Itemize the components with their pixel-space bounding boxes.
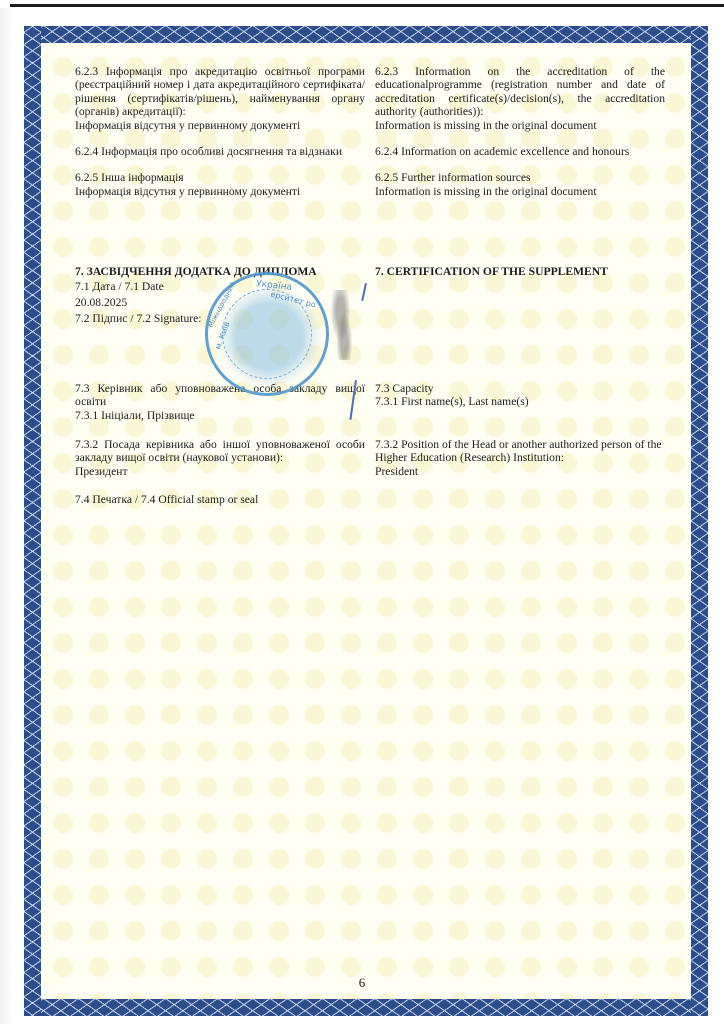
name-label-uk: 7.3.1 Ініціали, Прізвище [75,409,195,422]
capacity-label-en: 7.3 Capacity [375,382,434,395]
s625-heading-uk: 6.2.5 Інша інформація [75,171,365,184]
border-top [24,26,708,43]
position-value-en: President [375,465,418,478]
date-label: 7.1 Дата / 7.1 Date [75,280,164,293]
position-label-uk: 7.3.2 Посада керівника або іншої уповнов… [75,438,365,465]
s625-value-en: Information is missing in the original d… [375,185,665,198]
s625-heading-en: 6.2.5 Further information sources [375,171,665,184]
position-value-uk: Президент [75,465,128,478]
section-7-title-uk: 7. ЗАСВІДЧЕННЯ ДОДАТКА ДО ДИПЛОМА [75,265,375,278]
stamp-label: 7.4 Печатка / 7.4 Official stamp or seal [75,493,258,506]
s623-value-uk: Інформація відсутня у первинному докумен… [75,119,365,132]
date-value: 20.08.2025 [75,296,127,309]
section-7-title-en: 7. CERTIFICATION OF THE SUPPLEMENT [375,265,675,278]
scan-top-edge [10,4,724,7]
border-left [24,26,41,1016]
s625-value-uk: Інформація відсутня у первинному докумен… [75,185,365,198]
page-number: 6 [0,975,724,991]
signature-label: 7.2 Підпис / 7.2 Signature: [75,312,202,325]
capacity-label-uk: 7.3 Керівник або уповноважена особа закл… [75,382,365,409]
signature-blur [330,290,356,360]
official-stamp: Україна ерситет ро м. Київ Міжнародний [205,272,329,396]
s623-heading-uk: 6.2.3 Інформація про акредитацію освітнь… [75,65,365,119]
s624-heading-en: 6.2.4 Information on academic excellence… [375,145,665,158]
s623-heading-en: 6.2.3 Information on the accreditation o… [375,65,665,119]
section-6-2-english: 6.2.3 Information on the accreditation o… [375,65,665,198]
s624-heading-uk: 6.2.4 Інформація про особливі досягнення… [75,145,365,158]
name-label-en: 7.3.1 First name(s), Last name(s) [375,395,529,408]
scan-left-shadow [0,8,14,1024]
border-bottom [24,999,708,1016]
position-label-en: 7.3.2 Position of the Head or another au… [375,438,670,465]
s623-value-en: Information is missing in the original d… [375,119,665,132]
border-right [691,26,708,1016]
section-6-2-ukrainian: 6.2.3 Інформація про акредитацію освітнь… [75,65,365,198]
